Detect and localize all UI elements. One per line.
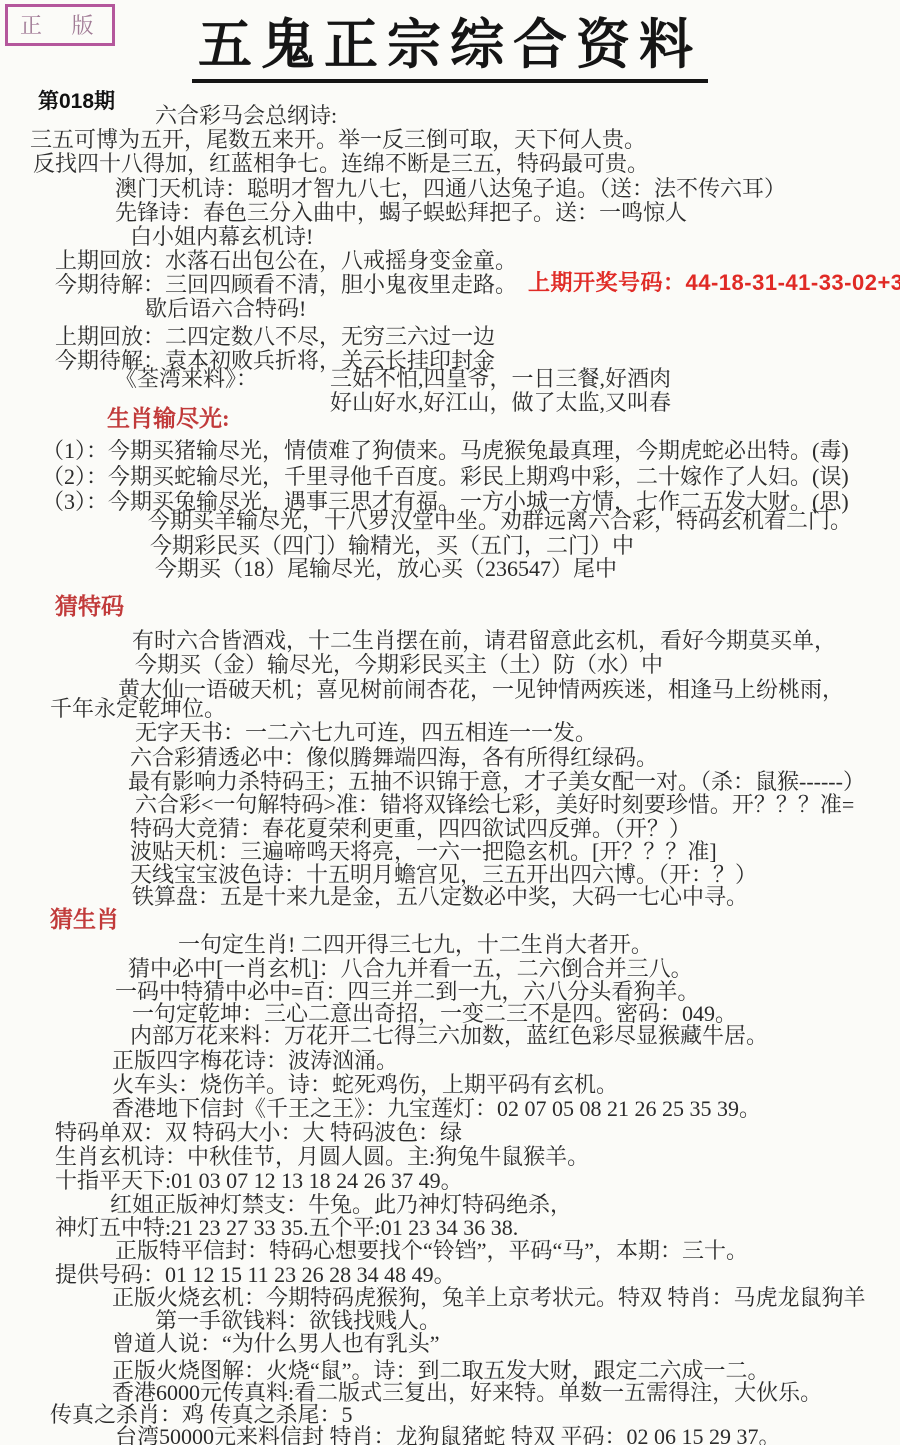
text-line: 《荃湾来料》： xyxy=(115,366,258,391)
issue-number: 第018期 xyxy=(38,85,115,115)
text-line: 三五可博为五开，尾数五来开。举一反三倒可取，天下何人贵。 xyxy=(30,127,646,152)
text-line: 上期回放：二四定数八不尽，无穷三六过一边 xyxy=(55,324,495,349)
text-line: 提供号码：01 12 15 11 23 26 28 34 48 49。 xyxy=(55,1262,456,1287)
section-heading: 猜特码 xyxy=(55,594,124,619)
text-line: 今期买（金）输尽光，今期彩民买主（土）防（水）中 xyxy=(135,652,663,677)
text-line: 一句定生肖! 二四开得三七九，十二生肖大者开。 xyxy=(178,932,653,957)
text-line: 黄大仙一语破天机；喜见树前闹杏花，一见钟情两疾迷，相逢马上纷桃雨， xyxy=(118,677,844,702)
text-line: 白小姐内幕玄机诗! xyxy=(130,224,313,249)
text-line: 红姐正版神灯禁支：牛兔。此乃神灯特码绝杀， xyxy=(110,1192,572,1217)
text-line: 上期回放：水落石出包公在，八戒摇身变金童。 xyxy=(55,248,517,273)
text-line: 特码单双：双 特码大小：大 特码波色：绿 xyxy=(55,1120,462,1145)
text-line: 好山好水,好江山，做了太监,又叫春 xyxy=(330,390,671,415)
text-line: 台湾50000元来料信封 特肖：龙狗鼠猪蛇 特双 平码：02 06 15 29 … xyxy=(115,1424,781,1445)
text-line: （1）：今期买猪输尽光，情债难了狗债来。马虎猴兔最真理，今期虎蛇必出特。(毒) xyxy=(42,438,849,463)
text-line: 特码大竞猜：春花夏荣利更重，四四欲试四反弹。（开？） xyxy=(130,816,691,841)
text-line: 六合彩<一句解特码>准：错将双锋绘七彩，美好时刻要珍惜。开？？？准= xyxy=(135,792,854,817)
text-line: 正版特平信封：特码心想要找个“铃铛”，平码“马”，本期：三十。 xyxy=(115,1238,748,1263)
text-line: 今期买羊输尽光，十八罗汉堂中坐。劝群远离六合彩，特码玄机看二门。 xyxy=(148,508,852,533)
text-line: 千年永定乾坤位。 xyxy=(50,696,226,721)
text-line: （2）：今期买蛇输尽光，千里寻他千百度。彩民上期鸡中彩，二十嫁作了人妇。(误) xyxy=(42,464,849,489)
text-line: 今期买（18）尾输尽光，放心买（236547）尾中 xyxy=(155,556,617,581)
section-heading: 生肖输尽光: xyxy=(107,406,230,431)
text-line: 六合彩猜透必中：像似腾舞端四海，各有所得红绿码。 xyxy=(130,745,658,770)
text-line: 神灯五中特:21 23 27 33 35.五个平:01 23 34 36 38. xyxy=(55,1215,518,1240)
text-line: 歇后语六合特码! xyxy=(145,296,306,321)
text-line: 正版四字梅花诗：波涛汹涌。 xyxy=(112,1048,398,1073)
text-line: 曾道人说：“为什么男人也有乳头” xyxy=(112,1331,440,1356)
text-line: 内部万花来料：万花开二七得三六加数，蓝红色彩尽显猴藏牛居。 xyxy=(130,1023,768,1048)
text-line: 火车头：烧伤羊。诗：蛇死鸡伤，上期平码有玄机。 xyxy=(112,1072,618,1097)
text-line: 六合彩马会总纲诗: xyxy=(155,103,337,128)
text-line: 十指平天下:01 03 07 12 13 18 24 26 37 49。 xyxy=(55,1168,463,1193)
text-line: 最有影响力杀特码王；五抽不识锦于意，才子美女配一对。（杀：鼠猴------） xyxy=(128,769,865,794)
text-line: 今期待解：三回四顾看不清，胆小鬼夜里走路。 xyxy=(55,272,517,297)
text-line: 今期彩民买（四门）输精光，买（五门，二门）中 xyxy=(150,533,634,558)
text-line: 无字天书：一二六七九可连，四五相连一一发。 xyxy=(135,720,597,745)
text-line: 三姑不怕,四皇爷，一日三餐,好酒肉 xyxy=(330,366,671,391)
text-line: 生肖玄机诗：中秋佳节，月圆人圆。主:狗兔牛鼠猴羊。 xyxy=(55,1144,589,1169)
text-line: 有时六合皆酒戏，十二生肖摆在前，请君留意此玄机，看好今期莫买单， xyxy=(132,628,836,653)
lottery-info-sheet: 正 版 五鬼正宗综合资料 第018期 上期开奖号码：44-18-31-41-33… xyxy=(0,0,900,1445)
text-line: 先锋诗：春色三分入曲中，蝎子蜈蚣拜把子。送：一鸣惊人 xyxy=(115,200,687,225)
last-draw-numbers: 上期开奖号码：44-18-31-41-33-02+32 xyxy=(528,270,900,295)
title-row: 五鬼正宗综合资料 xyxy=(0,16,900,83)
section-heading: 猜生肖 xyxy=(50,907,119,932)
text-line: 正版火烧玄机：今期特码虎猴狗，兔羊上京考状元。特双 特肖：马虎龙鼠狗羊 xyxy=(112,1285,866,1310)
text-line: 澳门天机诗：聪明才智九八七，四通八达兔子追。（送：法不传六耳） xyxy=(115,176,786,201)
text-line: 铁算盘：五是十来九是金，五八定数必中奖，大码一七心中寻。 xyxy=(132,884,748,909)
text-line: 香港地下信封《千王之王》：九宝莲灯：02 07 05 08 21 26 25 3… xyxy=(112,1096,761,1121)
text-line: 波贴天机：三遍啼鸣天将亮，一六一把隐玄机。[开？？？准] xyxy=(130,839,717,864)
text-line: 反找四十八得加，红蓝相争七。连绵不断是三五，特码最可贵。 xyxy=(33,151,649,176)
page-title: 五鬼正宗综合资料 xyxy=(192,16,708,83)
text-line: 猜中必中[一肖玄机]：八合九并看一五，二六倒合并三八。 xyxy=(128,956,693,981)
text-line: 第一手欲钱料：欲钱找贱人。 xyxy=(155,1308,441,1333)
